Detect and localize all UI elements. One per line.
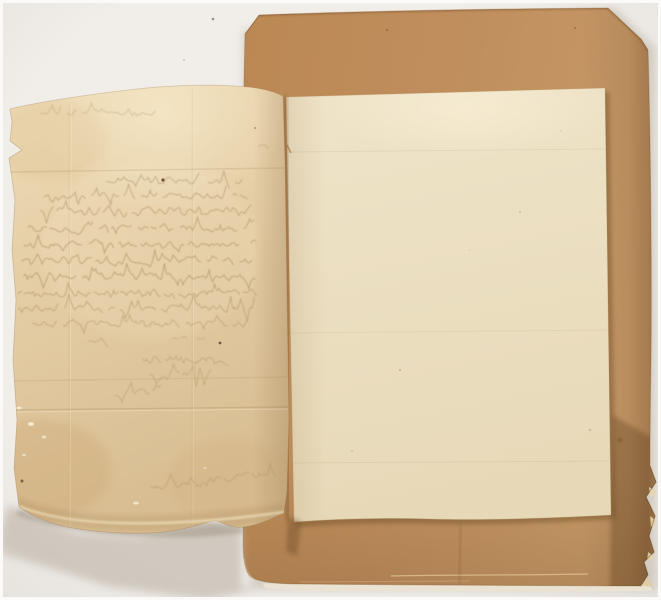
folder-speck [618, 438, 622, 442]
manuscript-photo-svg [0, 0, 661, 600]
letter-page [0, 70, 300, 533]
dust-speck [212, 18, 215, 21]
dust-speck [183, 59, 185, 61]
blank-page [286, 85, 616, 527]
photograph [0, 0, 661, 600]
folder-speck [386, 29, 388, 31]
folder-speck [574, 27, 576, 29]
